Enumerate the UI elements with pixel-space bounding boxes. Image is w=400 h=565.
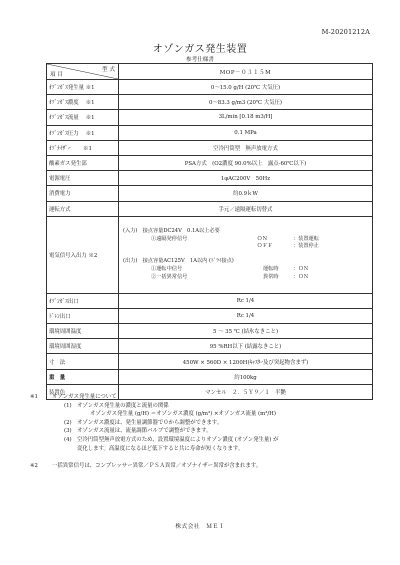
- note-item-text-continued: 変化します。高温度になるほど低下すると共に寿命が短くなります。: [77, 445, 243, 454]
- table-header-row: 型 式 項 目 MOP－０３１５M: [47, 64, 373, 80]
- table-row: ｵｿﾞﾝｶﾞｽ発生量 ※1 0～15.0 g/H (20℃ 大気圧): [47, 80, 373, 95]
- table-row: ﾄﾞﾚﾝ出口 Rc 1/4: [47, 308, 373, 323]
- row-value: 1φAC200V 50Hz: [119, 171, 373, 186]
- notes-section: ※1 オゾンガス発生量について (1) オゾンガス発生量の濃度と流量の関係 オゾ…: [30, 393, 380, 470]
- row-label: 環境周囲湿度: [47, 339, 119, 354]
- table-row: 環境周囲湿度 95 %RH以下 (結露なきこと): [47, 339, 373, 354]
- table-row: 電源電圧 1φAC200V 50Hz: [47, 171, 373, 186]
- row-label: ｵｿﾞﾅｲｻﾞｰ ※1: [47, 140, 119, 155]
- note-item-number: (1): [64, 402, 72, 411]
- row-label: ﾄﾞﾚﾝ出口: [47, 308, 119, 323]
- table-row: ｵｿﾞﾝｶﾞｽ出口 Rc 1/4: [47, 293, 373, 308]
- row-label: 電気信号入出力 ※2: [47, 216, 119, 293]
- note-item-number: (2): [64, 419, 72, 428]
- table-row: 酸素ガス発生部 PSA方式 (O2濃度 90.0%以上 露点-60℃以下): [47, 155, 373, 170]
- note-item-text: オゾンガス濃度は、発生量調節器で０から調整ができます。: [77, 419, 222, 428]
- row-value: 3L/min [0.18 m3/H]: [119, 110, 373, 125]
- signal-io-details: (入力) 接点容量DC24V 0.1A以上必要 ①遠隔発停信号 ＯＮ ：装置運転…: [119, 216, 373, 293]
- signal-io-row: 電気信号入出力 ※2 (入力) 接点容量DC24V 0.1A以上必要 ①遠隔発停…: [47, 216, 373, 293]
- table-row: ｵｿﾞﾝｶﾞｽ濃度 ※1 0～83.3 g/m3 (20℃ 大気圧): [47, 95, 373, 110]
- row-label: 酸素ガス発生部: [47, 155, 119, 170]
- row-value: 空冷円筒型 無声放電方式: [119, 140, 373, 155]
- note-item-number: (4): [64, 436, 72, 445]
- row-value: 手元／遠隔運転切替式: [119, 201, 373, 216]
- row-label: 運転方式: [47, 201, 119, 216]
- row-label: 重 量: [47, 369, 119, 384]
- row-label: ｵｿﾞﾝｶﾞｽ濃度 ※1: [47, 95, 119, 110]
- row-value: 0～15.0 g/H (20℃ 大気圧): [119, 80, 373, 95]
- output-spec: (出力) 接点容量AC125V 1A以内 (ﾄﾞﾗｲ接点): [123, 258, 234, 266]
- row-value: 約0.9ｋW: [119, 186, 373, 201]
- header-model-label: 型 式: [102, 65, 115, 73]
- row-label: ｵｿﾞﾝｶﾞｽ発生量 ※1: [47, 80, 119, 95]
- header-item-label: 項 目: [50, 70, 63, 78]
- output-state: ：ＯＮ: [293, 274, 309, 282]
- model-name: MOP－０３１５M: [119, 64, 373, 80]
- note-marker: ※2: [30, 462, 38, 471]
- table-row: 重 量 約100kg: [47, 369, 373, 384]
- row-label: 環境周囲温度: [47, 324, 119, 339]
- note-formula: オゾンガス発生量 (g/H) ＝オゾンガス濃度 (g/m³) ×オゾンガス流量 …: [90, 410, 276, 419]
- input-state-off: ＯＦＦ: [257, 243, 273, 251]
- table-row: 寸 法 450W × 560D × 1200H(ｷｬｽﾀｰ及び突起物含まず): [47, 354, 373, 369]
- table-row: ｵｿﾞﾝｶﾞｽ流量 ※1 3L/min [0.18 m3/H]: [47, 110, 373, 125]
- company-name: 株式会社 ＭＥＩ: [0, 521, 400, 530]
- row-label: 寸 法: [47, 354, 119, 369]
- row-value: 5 ～ 35 ℃ (結氷なきこと): [119, 324, 373, 339]
- row-label: ｵｿﾞﾝｶﾞｽ流量 ※1: [47, 110, 119, 125]
- note-marker: ※1: [30, 393, 38, 402]
- input-item: ①遠隔発停信号: [151, 236, 187, 244]
- document-number: M-20201212A: [322, 28, 370, 36]
- output-item: ①運転中信号: [151, 266, 182, 274]
- document-title: オゾンガス発生装置: [0, 40, 400, 55]
- specification-table: 型 式 項 目 MOP－０３１５M ｵｿﾞﾝｶﾞｽ発生量 ※1 0～15.0 g…: [46, 63, 373, 400]
- output-state: ：ＯＮ: [293, 266, 309, 274]
- note-item-number: (3): [64, 427, 72, 436]
- input-spec: (入力) 接点容量DC24V 0.1A以上必要: [123, 228, 220, 236]
- note-item-text: オゾンガス流量は、流量調節バルブで調整ができます。: [77, 427, 212, 436]
- output-condition: 運転時: [263, 266, 279, 274]
- input-state-off-meaning: ：装置停止: [293, 243, 319, 251]
- row-value: 0.1 MPa: [119, 125, 373, 140]
- input-state-on: ＯＮ: [257, 236, 267, 244]
- header-corner-cell: 型 式 項 目: [47, 64, 119, 80]
- row-label: ｵｿﾞﾝｶﾞｽ圧力 ※1: [47, 125, 119, 140]
- row-value: 約100kg: [119, 369, 373, 384]
- row-value: Rc 1/4: [119, 308, 373, 323]
- row-label: 消費電力: [47, 186, 119, 201]
- note-text: 一括異常信号は、コンプレッサー異常／ＰＳＡ異常／オゾナイザー異常が含まれます。: [52, 462, 261, 471]
- table-row: 消費電力 約0.9ｋW: [47, 186, 373, 201]
- note-item-text: 空冷円筒型無声放電方式のため、設置環境温度によりオゾン濃度 (オゾン発生量) が: [77, 436, 278, 445]
- output-condition: 異常時: [263, 274, 279, 282]
- table-row: 運転方式 手元／遠隔運転切替式: [47, 201, 373, 216]
- row-label: 電源電圧: [47, 171, 119, 186]
- row-label: ｵｿﾞﾝｶﾞｽ出口: [47, 293, 119, 308]
- row-value: Rc 1/4: [119, 293, 373, 308]
- row-value: 0～83.3 g/m3 (20℃ 大気圧): [119, 95, 373, 110]
- note-item-text: オゾンガス発生量の濃度と流量の関係: [77, 402, 169, 411]
- table-row: 環境周囲温度 5 ～ 35 ℃ (結氷なきこと): [47, 324, 373, 339]
- row-value: 450W × 560D × 1200H(ｷｬｽﾀｰ及び突起物含まず): [119, 354, 373, 369]
- table-row: ｵｿﾞﾅｲｻﾞｰ ※1 空冷円筒型 無声放電方式: [47, 140, 373, 155]
- note-heading: オゾンガス発生量について: [52, 393, 117, 402]
- document-subtitle: 参考仕様書: [0, 55, 400, 63]
- row-value: PSA方式 (O2濃度 90.0%以上 露点-60℃以下): [119, 155, 373, 170]
- table-row: ｵｿﾞﾝｶﾞｽ圧力 ※1 0.1 MPa: [47, 125, 373, 140]
- row-value: 95 %RH以下 (結露なきこと): [119, 339, 373, 354]
- output-item: ②一括異常信号: [151, 274, 187, 282]
